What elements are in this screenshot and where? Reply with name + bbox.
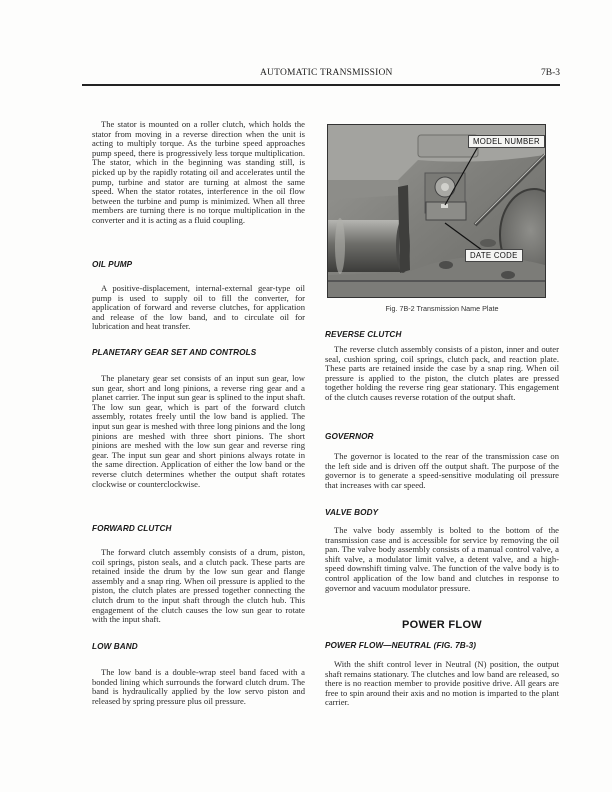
heading-governor: GOVERNOR	[325, 432, 374, 441]
heading-power-flow-neutral: POWER FLOW—NEUTRAL (Fig. 7B-3)	[325, 641, 476, 650]
manual-page: AUTOMATIC TRANSMISSION 7B-3 The stator i…	[0, 0, 612, 792]
heading-valve-body: VALVE BODY	[325, 508, 378, 517]
heading-reverse-clutch: REVERSE CLUTCH	[325, 330, 401, 339]
power-flow-neutral-paragraph: With the shift control lever in Neutral …	[325, 660, 559, 708]
transmission-name-plate-photo: MODEL NUMBER DATE CODE	[327, 124, 546, 298]
figure-caption: Fig. 7B-2 Transmission Name Plate	[325, 304, 559, 313]
planetary-gear-paragraph: The planetary gear set consists of an in…	[92, 374, 305, 489]
heading-low-band: LOW BAND	[92, 642, 138, 651]
running-title: AUTOMATIC TRANSMISSION	[260, 68, 393, 78]
governor-paragraph: The governor is located to the rear of t…	[325, 452, 559, 490]
heading-oil-pump: OIL PUMP	[92, 260, 132, 269]
reverse-clutch-paragraph: The reverse clutch assembly consists of …	[325, 345, 559, 403]
heading-forward-clutch: FORWARD CLUTCH	[92, 524, 171, 533]
section-title-power-flow: POWER FLOW	[325, 619, 559, 631]
stator-paragraph: The stator is mounted on a roller clutch…	[92, 120, 305, 226]
header-rule	[82, 84, 560, 86]
valve-body-paragraph: The valve body assembly is bolted to the…	[325, 526, 559, 593]
page-number: 7B-3	[541, 68, 560, 78]
running-header: AUTOMATIC TRANSMISSION 7B-3	[82, 68, 560, 82]
callout-model-number: MODEL NUMBER	[468, 135, 545, 148]
callout-date-code: DATE CODE	[465, 249, 523, 262]
low-band-paragraph: The low band is a double-wrap steel band…	[92, 668, 305, 706]
oil-pump-paragraph: A positive-displacement, internal-extern…	[92, 284, 305, 332]
transmission-photo-illustration	[328, 125, 545, 297]
forward-clutch-paragraph: The forward clutch assembly consists of …	[92, 548, 305, 625]
heading-planetary-gear-set: PLANETARY GEAR SET AND CONTROLS	[92, 348, 256, 357]
